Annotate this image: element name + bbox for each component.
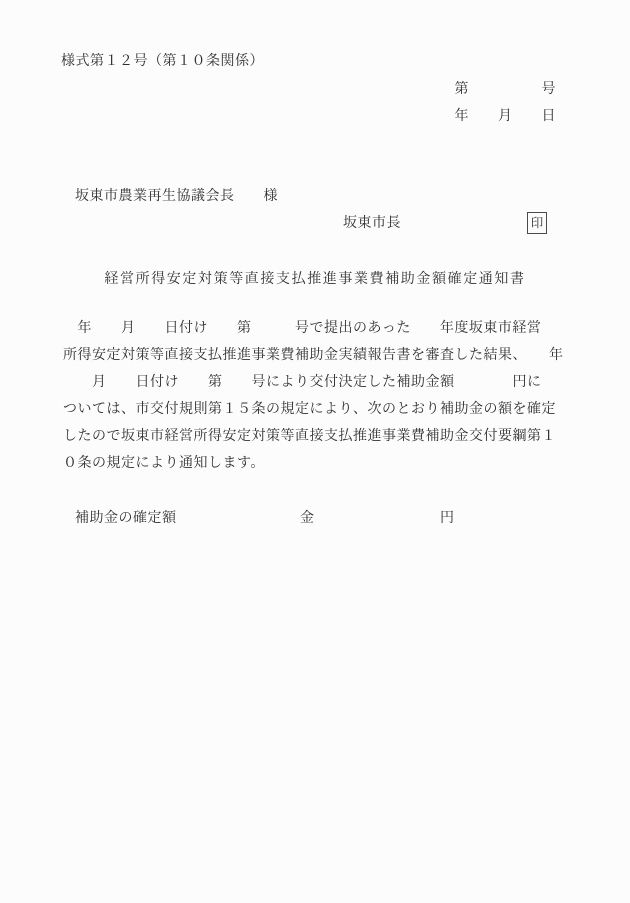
- date-line: 年 月 日: [455, 109, 557, 125]
- seal-stamp-label: 印: [531, 216, 544, 230]
- body-line-5: したので坂東市経営所得安定対策等直接支払推進事業費補助金交付要綱第１: [63, 423, 583, 450]
- sender-title: 坂東市長: [343, 216, 401, 232]
- amount-prefix: 金: [300, 511, 315, 527]
- body-line-2: 所得安定対策等直接支払推進事業費補助金実績報告書を審査した結果、 年: [63, 342, 583, 369]
- document-title: 経営所得安定対策等直接支払推進事業費補助金額確定通知書: [0, 268, 630, 288]
- body-line-4: ついては、市交付規則第１５条の規定により、次のとおり補助金の額を確定: [63, 396, 583, 423]
- seal-stamp-box: 印: [527, 212, 547, 234]
- body-line-3: 月 日付け 第 号により交付決定した補助金額 円に: [63, 369, 583, 396]
- body-paragraph: 年 月 日付け 第 号で提出のあった 年度坂東市経営 所得安定対策等直接支払推進…: [63, 315, 583, 477]
- form-number: 様式第１２号（第１０条関係）: [61, 54, 264, 70]
- document-page: 様式第１２号（第１０条関係） 第 号 年 月 日 坂東市農業再生協議会長 様 坂…: [0, 0, 630, 903]
- document-number-line: 第 号: [455, 82, 557, 98]
- amount-suffix: 円: [440, 511, 455, 527]
- confirmed-amount-label: 補助金の確定額: [75, 511, 177, 527]
- body-line-6: ０条の規定により通知します。: [63, 450, 583, 477]
- addressee-line: 坂東市農業再生協議会長 様: [75, 189, 278, 205]
- body-line-1: 年 月 日付け 第 号で提出のあった 年度坂東市経営: [63, 315, 583, 342]
